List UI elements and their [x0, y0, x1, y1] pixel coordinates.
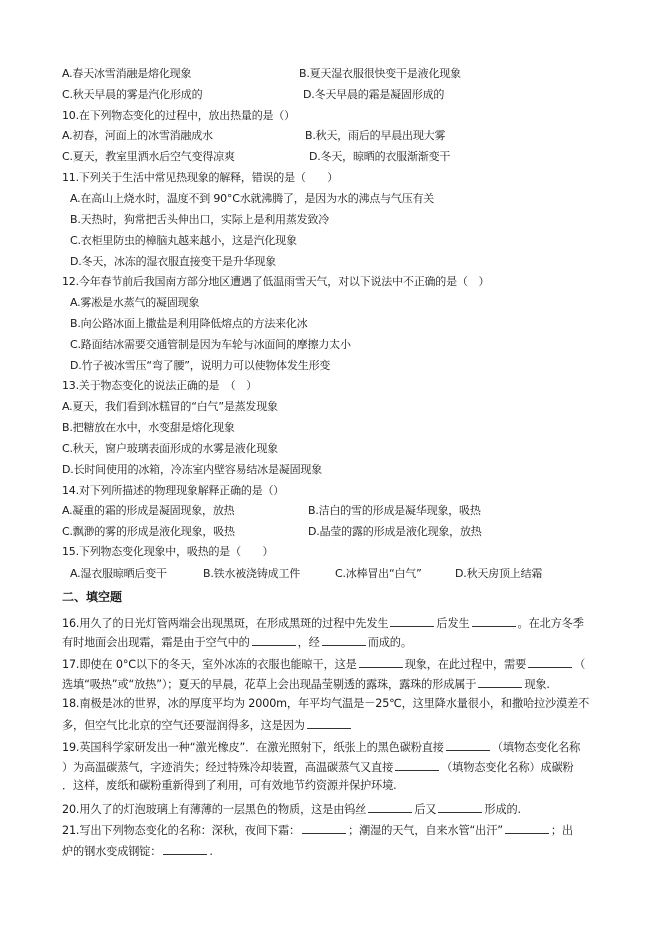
q12-stem: 12.今年春节前后我国南方部分地区遭遇了低温雨雪天气，对以下说法中不正确的是（ …: [62, 275, 489, 289]
q16-text: 16.用久了的日光灯管两端会出现黑斑，在形成黑斑的过程中先发生: [62, 617, 388, 630]
q11-option-c: C.衣柜里防虫的樟脑丸越来越小，这是汽化现象: [70, 234, 297, 248]
q14-option-d: D.晶莹的露的形成是液化现象，放热: [308, 525, 482, 539]
q10-stem: 10.在下列物态变化的过程中，放出热量的是（）: [62, 109, 295, 123]
q13-option-d: D.长时间使用的冰箱，冷冻室内壁容易结冰是凝固现象: [62, 463, 322, 477]
q14-stem: 14.对下列所描述的物理现象解释正确的是（）: [62, 484, 284, 498]
q16-line-2: 有时地面会出现霜，霜是由于空气中的，经而成的。: [62, 634, 412, 650]
q17-blank-1[interactable]: [359, 656, 403, 668]
q21-line-2: 炉的钢水变成钢锭：.: [62, 843, 213, 859]
q15-stem: 15.下列物态变化现象中，吸热的是（ ）: [62, 545, 273, 559]
q13-option-b: B.把糖放在水中，水变甜是熔化现象: [62, 421, 235, 435]
q15-option-b: B.铁水被浇铸成工件: [203, 567, 300, 581]
q13-stem: 13.关于物态变化的说法正确的是 （ ）: [62, 379, 257, 393]
q21-blank-3[interactable]: [163, 843, 207, 855]
q10-option-c: C.夏天，教室里洒水后空气变得凉爽: [62, 150, 235, 164]
q15-option-a: A.湿衣服晾晒后变干: [70, 567, 167, 581]
q19-text: （填物态变化名称）成碳粉: [441, 761, 573, 774]
q21-text: .: [209, 845, 212, 858]
q19-text: ）为高温碳蒸气，字迹消失；经过特殊冷却装置，高温碳蒸气又直接: [62, 761, 393, 774]
q11-option-d: D.冬天，冰冻的湿衣服直接变干是升华现象: [70, 255, 276, 269]
q15-option-d: D.秋天房顶上结霜: [455, 567, 542, 581]
q12-option-b: B.向公路冰面上撒盐是利用降低熔点的方法来化冰: [70, 317, 307, 331]
q21-text: 炉的钢水变成钢锭：: [62, 845, 161, 858]
q18-text: 多，但空气比北京的空气还要湿润得多，这是因为: [62, 719, 305, 732]
q11-option-a: A.在高山上烧水时，温度不到 90°C水就沸腾了，是因为水的沸点与气压有关: [70, 192, 434, 206]
q19-text: 19.英国科学家研发出一种“激光橡皮”．在激光照射下，纸张上的黑色碳粉直接: [62, 741, 444, 754]
q16-text: 。在北方冬季: [518, 617, 584, 630]
q11-option-b: B.天热时，狗常把舌头伸出口，实际上是利用蒸发致冷: [70, 213, 329, 227]
q17-text: （: [574, 658, 585, 671]
section-title-fill-in: 二、填空题: [62, 589, 122, 605]
q20-blank-1[interactable]: [368, 801, 412, 813]
q14-option-c: C.飘渺的雾的形成是液化现象，吸热: [62, 525, 235, 539]
q16-line-1: 16.用久了的日光灯管两端会出现黑斑，在形成黑斑的过程中先发生后发生。在北方冬季: [62, 615, 584, 631]
q17-text: 选填“吸热”或“放热”）；夏天的早晨，花草上会出现晶莹剔透的露珠，露珠的形成属于: [62, 678, 476, 691]
q12-option-c: C.路面结冰需要交通管制是因为车轮与冰面间的摩擦力太小: [70, 338, 351, 352]
q21-blank-1[interactable]: [302, 822, 346, 834]
q19-text: ．这样，废纸和碳粉重新得到了利用，可有效地节约资源并保护环境.: [62, 779, 397, 792]
q18-blank-1[interactable]: [307, 717, 351, 729]
q19-text: （填物态变化名称: [492, 741, 580, 754]
q16-text: 有时地面会出现霜，霜是由于空气中的: [62, 636, 250, 649]
q17-blank-3[interactable]: [478, 676, 522, 688]
q12-option-a: A.雾凇是水蒸气的凝固现象: [70, 296, 199, 310]
q15-option-c: C.冰棒冒出“白气”: [335, 567, 422, 581]
q18-line-2: 多，但空气比北京的空气还要湿润得多，这是因为: [62, 717, 353, 733]
q16-blank-4[interactable]: [322, 634, 366, 646]
q20-text: 后又: [414, 803, 436, 816]
q11-stem: 11.下列关于生活中常见热现象的解释，错误的是（ ）: [62, 171, 338, 185]
q16-text: 而成的。: [368, 636, 412, 649]
q21-text: ；出: [551, 824, 573, 837]
q20-text: 20.用久了的灯泡玻璃上有薄薄的一层黑色的物质，这是由钨丝: [62, 803, 366, 816]
q10-option-d: D.冬天，晾晒的衣服渐渐变干: [309, 150, 450, 164]
q14-option-a: A.凝重的霜的形成是凝固现象，放热: [62, 504, 234, 518]
q9-option-a: A.春天冰雪消融是熔化现象: [62, 67, 191, 81]
q21-blank-2[interactable]: [505, 822, 549, 834]
q19-blank-1[interactable]: [446, 739, 490, 751]
q18-text: 18.南极是冰的世界，冰的厚度平均为 2000m，年平均气温是－25℃，这里降水…: [62, 697, 589, 710]
q19-line-1: 19.英国科学家研发出一种“激光橡皮”．在激光照射下，纸张上的黑色碳粉直接（填物…: [62, 739, 580, 755]
q16-text: ，经: [298, 636, 320, 649]
q21-text: ；潮湿的天气，自来水管“出汗”: [348, 824, 503, 837]
q20-text: 形成的.: [484, 803, 521, 816]
q13-option-a: A.夏天，我们看到冰糕冒的“白气”是蒸发现象: [62, 400, 278, 414]
q13-option-c: C.秋天，窗户玻璃表面形成的水雾是液化现象: [62, 442, 278, 456]
q10-option-b: B.秋天，雨后的早晨出现大雾: [305, 129, 445, 143]
q10-option-a: A.初春，河面上的冰雪消融成水: [62, 129, 213, 143]
q17-text: 现象.: [524, 678, 549, 691]
q9-option-d: D.冬天早晨的霜是凝固形成的: [303, 88, 444, 102]
q18-line-1: 18.南极是冰的世界，冰的厚度平均为 2000m，年平均气温是－25℃，这里降水…: [62, 697, 589, 711]
q16-text: 后发生: [436, 617, 469, 630]
q16-blank-3[interactable]: [252, 634, 296, 646]
q20-line-1: 20.用久了的灯泡玻璃上有薄薄的一层黑色的物质，这是由钨丝后又形成的.: [62, 801, 521, 817]
q21-text: 21.写出下列物态变化的名称：深秋，夜间下霜：: [62, 824, 300, 837]
q19-line-2: ）为高温碳蒸气，字迹消失；经过特殊冷却装置，高温碳蒸气又直接（填物态变化名称）成…: [62, 759, 574, 775]
q9-option-b: B.夏天湿衣服很快变干是液化现象: [299, 67, 461, 81]
q17-text: 17.即使在 0°C以下的冬天，室外冰冻的衣服也能晾干，这是: [62, 658, 357, 671]
q17-text: 现象，在此过程中，需要: [405, 658, 526, 671]
q16-blank-1[interactable]: [390, 615, 434, 627]
exam-page: A.春天冰雪消融是熔化现象 B.夏天湿衣服很快变干是液化现象 C.秋天早晨的雾是…: [0, 0, 661, 936]
q12-option-d: D.竹子被冰雪压“弯了腰”，说明力可以使物体发生形变: [70, 359, 330, 373]
q17-line-2: 选填“吸热”或“放热”）；夏天的早晨，花草上会出现晶莹剔透的露珠，露珠的形成属于…: [62, 676, 550, 692]
q20-blank-2[interactable]: [438, 801, 482, 813]
q19-blank-2[interactable]: [395, 759, 439, 771]
q21-line-1: 21.写出下列物态变化的名称：深秋，夜间下霜：；潮湿的天气，自来水管“出汗”；出: [62, 822, 573, 838]
q9-option-c: C.秋天早晨的雾是汽化形成的: [62, 88, 202, 102]
q17-blank-2[interactable]: [528, 656, 572, 668]
q19-line-3: ．这样，废纸和碳粉重新得到了利用，可有效地节约资源并保护环境.: [62, 779, 397, 793]
q14-option-b: B.洁白的雪的形成是凝华现象，吸热: [308, 504, 481, 518]
q17-line-1: 17.即使在 0°C以下的冬天，室外冰冻的衣服也能晾干，这是现象，在此过程中，需…: [62, 656, 585, 672]
q16-blank-2[interactable]: [472, 615, 516, 627]
